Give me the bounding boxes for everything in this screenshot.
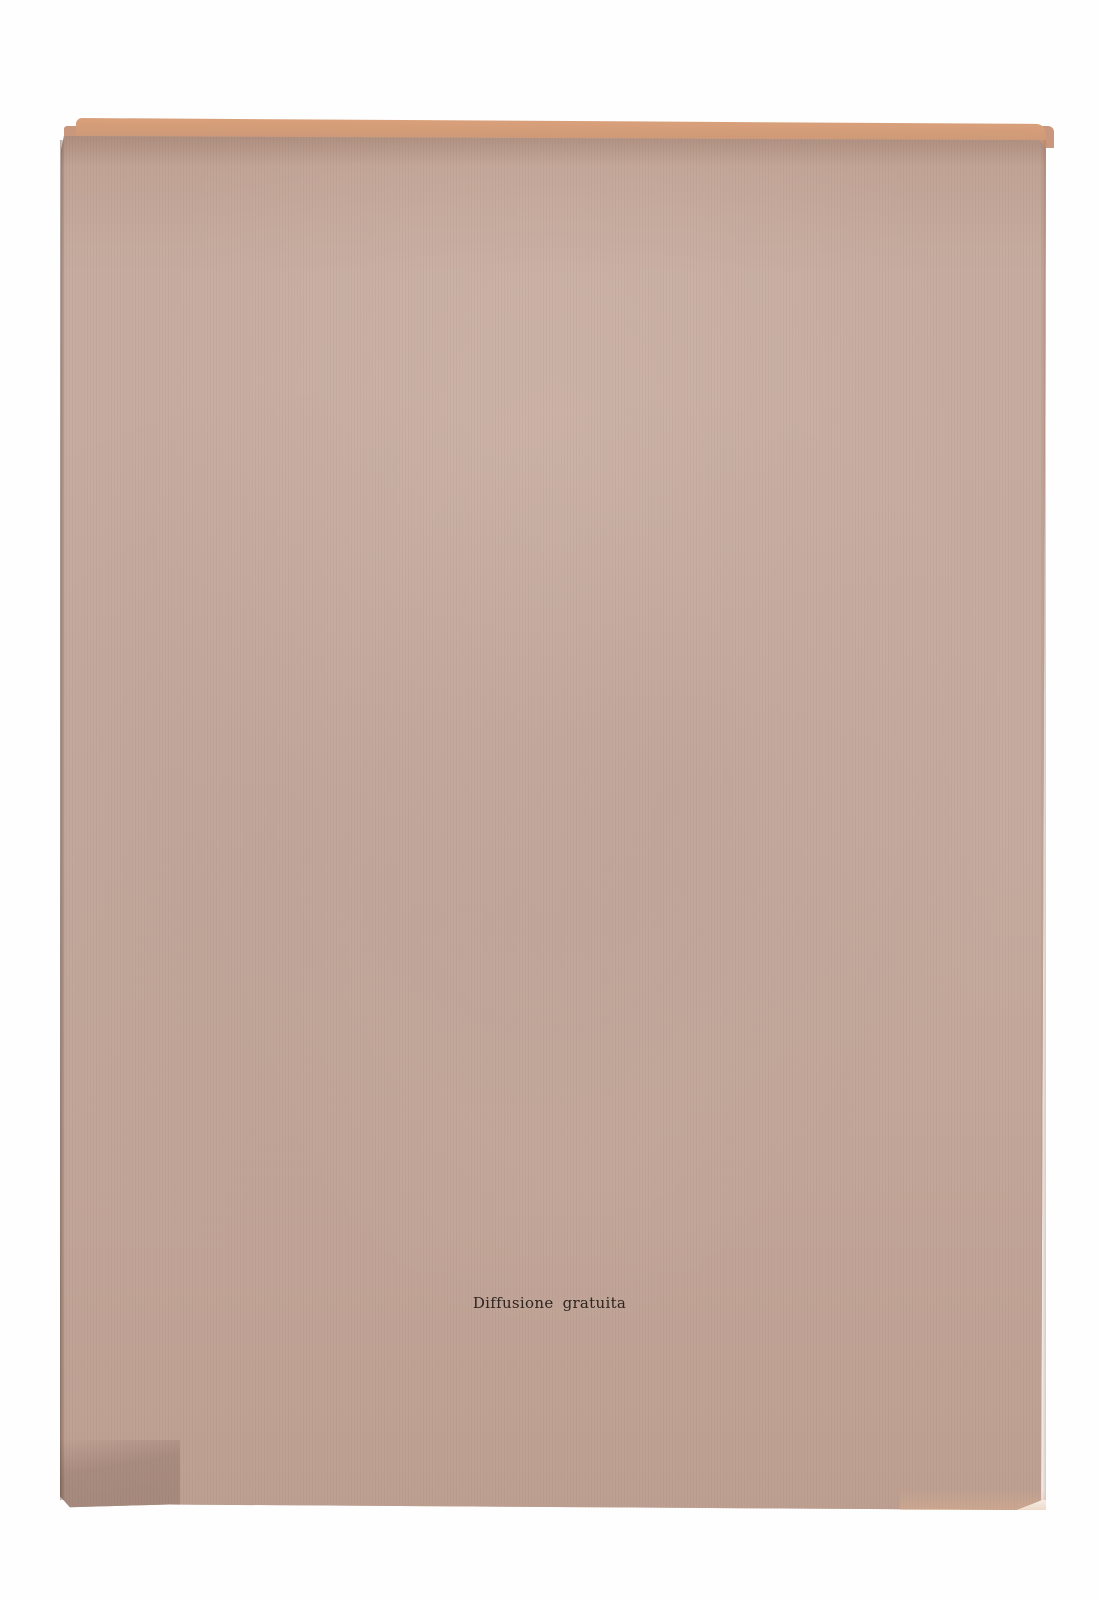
- cover-bottom-edge: [900, 1490, 1046, 1510]
- free-distribution-notice: Diffusione gratuita: [0, 1294, 1099, 1312]
- scan-background: Diffusione gratuita: [0, 0, 1099, 1600]
